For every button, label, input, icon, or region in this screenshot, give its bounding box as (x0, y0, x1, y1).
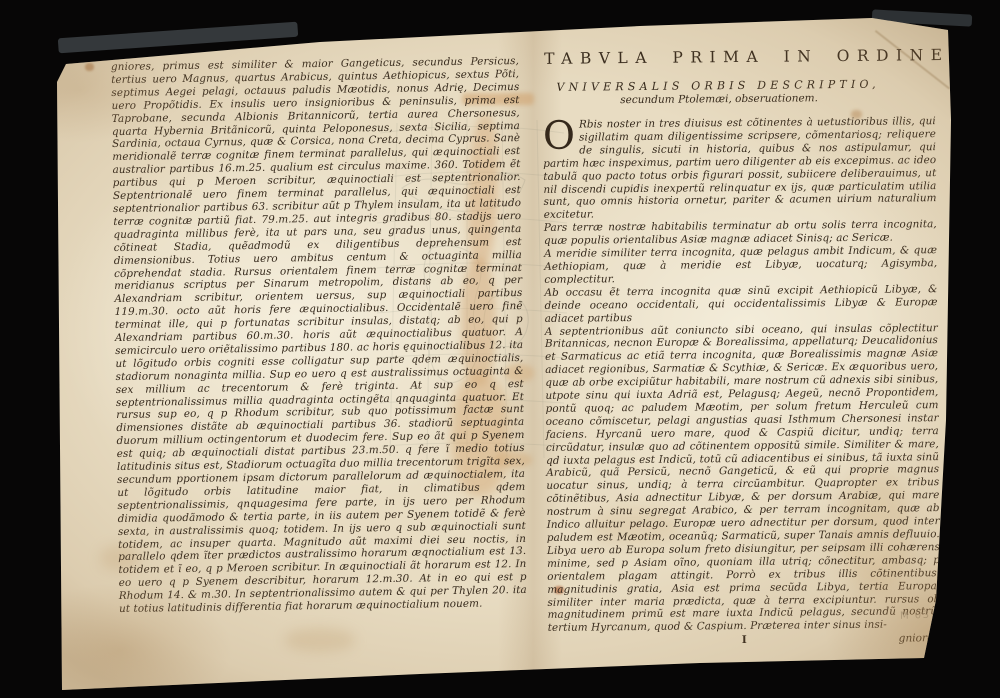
left-page-text: gniores, primus est similiter & maior Ga… (111, 55, 527, 616)
pencil-inscription: M 03 I.J (900, 609, 949, 622)
paragraph: gniores, primus est similiter & maior Ga… (111, 55, 527, 616)
paragraph: Pars terræ nostræ habitabilis terminatur… (544, 218, 937, 248)
right-page-text: TABVLA PRIMA IN ORDINE. VNIVERSALIS ORBI… (542, 46, 941, 650)
drop-cap: O (543, 119, 579, 153)
paragraph: A meridie similiter terra incognita, quæ… (544, 244, 937, 286)
paragraph: A septentrionibus aũt coniuncto sibi oce… (545, 322, 941, 636)
foxing-spot (85, 63, 94, 71)
catchword: gniores (899, 632, 939, 644)
signature-mark: I (742, 634, 747, 646)
book-spread: gniores, primus est similiter & maior Ga… (0, 0, 1000, 698)
foxing-spot (285, 628, 355, 652)
opening-paragraph: ORbis noster in tres diuisus est cõtinen… (543, 115, 937, 222)
opening-text: Rbis noster in tres diuisus est cõtinent… (543, 115, 936, 221)
page-title: TABVLA PRIMA IN ORDINE. (544, 46, 935, 68)
right-page-paragraphs: Pars terræ nostræ habitabilis terminatur… (544, 218, 941, 635)
section-subtitle-attribution: secundum Ptolemæi, obseruationem. (543, 92, 896, 107)
catch-line: I gniores (548, 632, 941, 650)
paragraph: Ab occasu ẽt terra incognita quæ sinũ ex… (544, 283, 937, 325)
